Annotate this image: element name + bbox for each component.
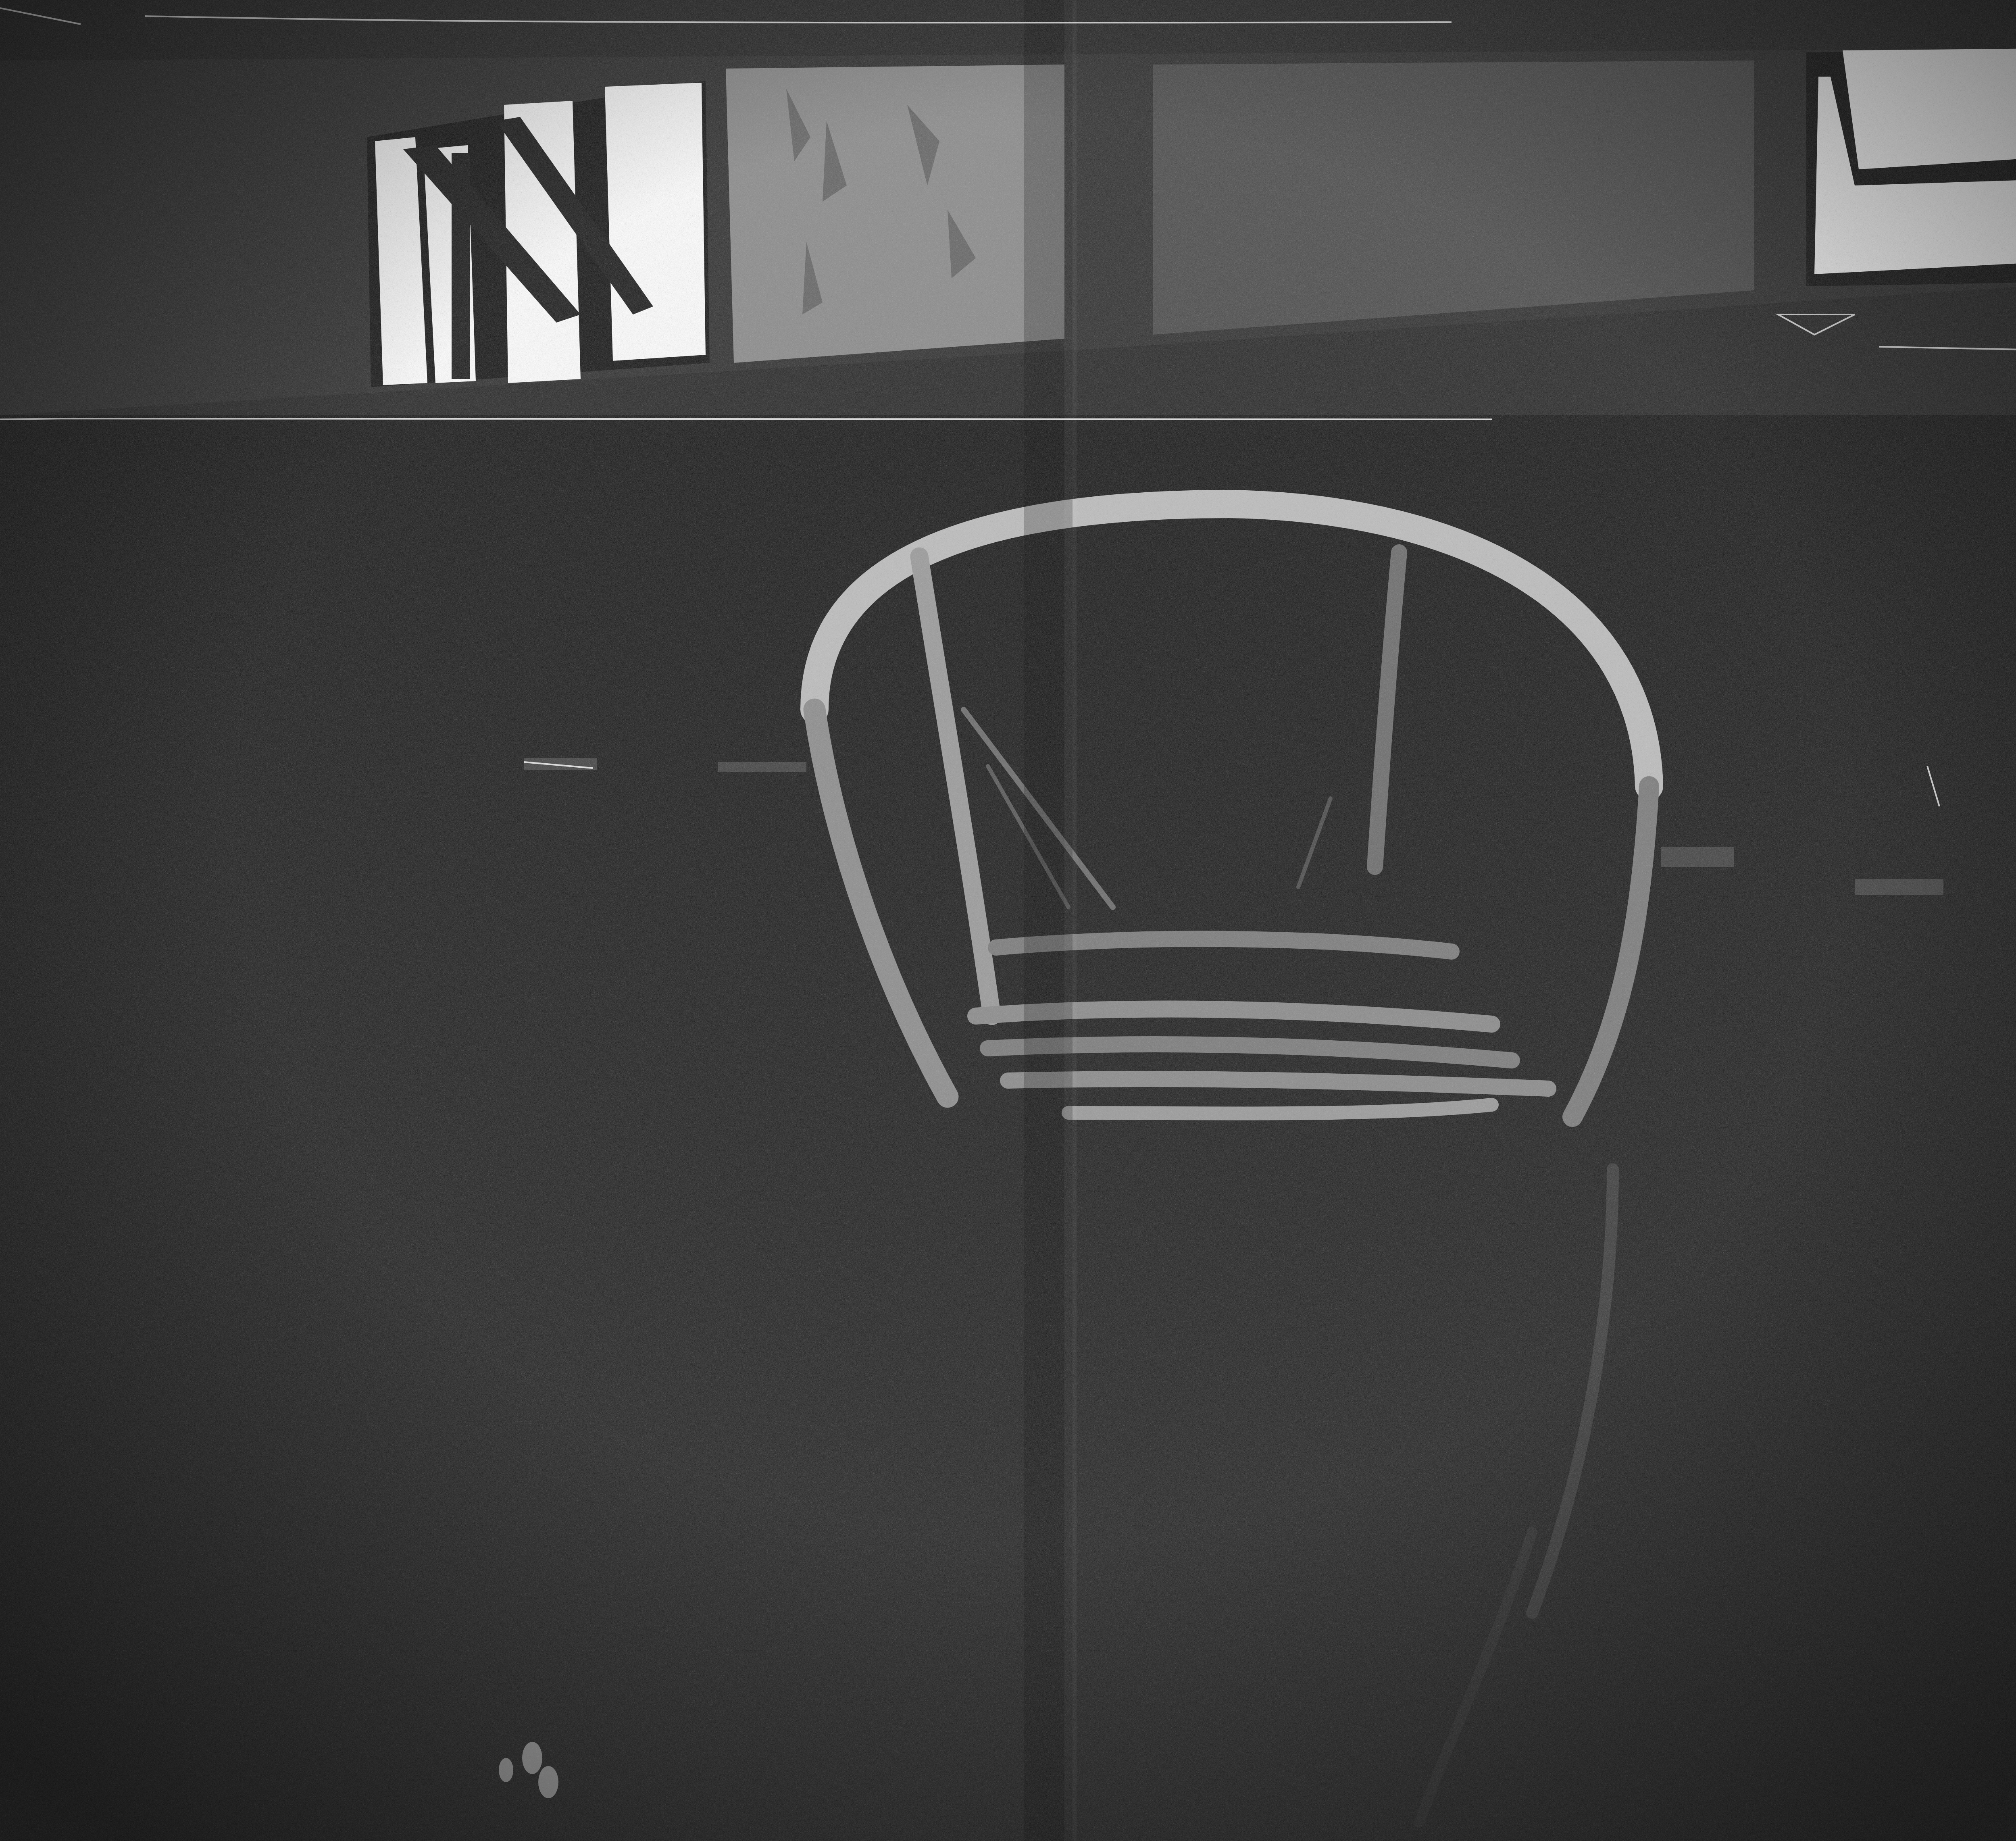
vignette bbox=[0, 0, 2016, 1841]
photo-scene bbox=[0, 0, 2016, 1841]
photograph: Grainy, high-contrast monochrome photo o… bbox=[0, 0, 2016, 1841]
